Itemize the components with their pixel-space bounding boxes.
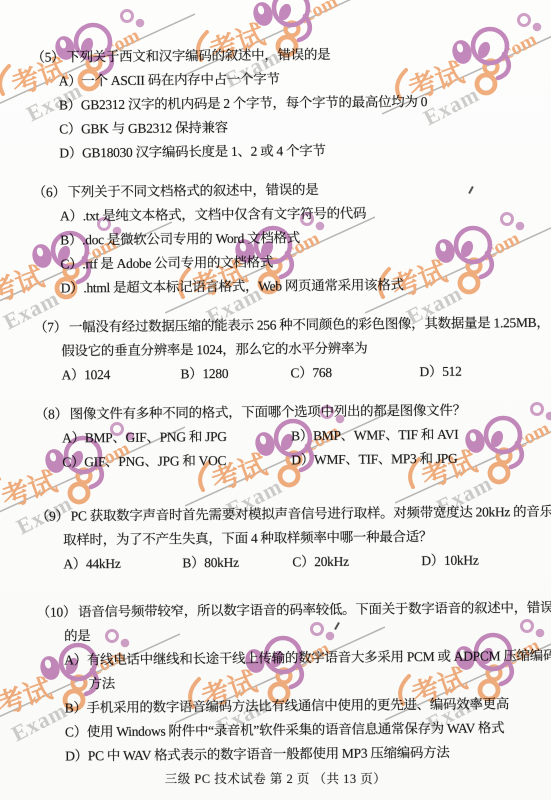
option-text: 1024 [84, 367, 110, 382]
question: （6）下列关于不同文档格式的叙述中，错误的是A）.txt 是纯文本格式，文档中仅… [33, 176, 551, 301]
option-group: A）一个 ASCII 码在内存中占一个字节B）GB2312 汉字的机内码是 2 … [59, 65, 550, 166]
option-group: A）.txt 是纯文本格式，文档中仅含有文字符号的代码B）.doc 是微软公司专… [60, 200, 551, 301]
option-label: A） [60, 208, 83, 223]
option-text: 44kHz [86, 556, 121, 571]
option-text: .doc 是微软公司专用的 Word 文档格式 [82, 230, 300, 247]
question-number: （5） [31, 49, 64, 64]
option-text: 80kHz [204, 555, 239, 570]
option-label: D） [421, 553, 444, 568]
option: A）44kHz [63, 551, 182, 576]
option: B）BMP、WMF、TIF 和 AVI [291, 422, 551, 449]
option-label: B） [60, 232, 82, 247]
option-text: GBK 与 GB2312 保持兼容 [81, 120, 228, 136]
option: A）有线电话中继线和长途干线上传输的数字语音大多采用 PCM 或 ADPCM 压… [64, 644, 551, 673]
option-label: A） [63, 556, 86, 571]
option-text: 512 [442, 364, 462, 379]
option-text: 有线电话中继线和长途干线上传输的数字语音大多采用 PCM 或 ADPCM 压缩编… [87, 648, 551, 668]
exam-page-content: （5）下列关于西文和汉字编码的叙述中，错误的是A）一个 ASCII 码在内存中占… [0, 0, 551, 800]
option-label: A） [61, 367, 84, 382]
page-footer: 三级 PC 技术试卷 第 2 页 （共 13 页） [0, 769, 551, 787]
question: （7）一幅没有经过数据压缩的能表示 256 种不同颜色的彩色图像，其数据量是 1… [34, 311, 551, 388]
option-label: A） [62, 430, 85, 445]
option-text: 1280 [202, 366, 228, 381]
option: A）BMP、GIF、PNG 和 JPG [62, 424, 291, 450]
option-group: A）有线电话中继线和长途干线上传输的数字语音大多采用 PCM 或 ADPCM 压… [64, 644, 551, 769]
option-label: B） [291, 428, 313, 443]
option-label: A） [64, 652, 87, 667]
option-group: A）1024B）1280C）768D）512 [61, 359, 551, 388]
question-list: （5）下列关于西文和汉字编码的叙述中，错误的是A）一个 ASCII 码在内存中占… [31, 41, 551, 769]
question-stem: 语音信号频带较窄，所以数字语音的码率较低。下面关于数字语音的叙述中，错误 [78, 600, 551, 620]
option-label: D） [65, 748, 88, 763]
option-text: GB18030 汉字编码长度是 1、2 或 4 个字节 [82, 143, 326, 160]
option-text: PC 中 WAV 格式表示的数字语音一般都使用 MP3 压缩编码方法 [88, 745, 450, 763]
option: A）1024 [61, 362, 180, 387]
option-label: B） [180, 366, 202, 381]
option: C）使用 Windows 附件中“录音机”软件采集的语音信息通常保存为 WAV … [65, 716, 551, 745]
option: C）20kHz [292, 549, 421, 574]
option: D）512 [419, 360, 461, 384]
option-text: 768 [312, 365, 332, 380]
option-label: C） [60, 256, 82, 271]
question-stem: 图像文件有多种不同的格式，下面哪个选项中列出的都是图像文件？ [70, 403, 466, 422]
question-stem: 下列关于不同文档格式的叙述中，错误的是 [68, 182, 319, 199]
option-text: BMP、GIF、PNG 和 JPG [85, 429, 227, 445]
option-label: D） [419, 364, 442, 379]
option-label: B） [182, 555, 204, 570]
option-group: A）BMP、GIF、PNG 和 JPGB）BMP、WMF、TIF 和 AVIC）… [62, 422, 551, 475]
question-stem: 下列关于西文和汉字编码的叙述中，错误的是 [66, 47, 330, 65]
option-label: C） [290, 365, 312, 380]
option-label: C） [65, 724, 87, 739]
question-number: （9） [36, 508, 69, 523]
option-label: B） [59, 97, 81, 112]
option-text: GIF、PNG、JPG 和 VOC [84, 453, 226, 469]
option-label: D） [61, 280, 84, 295]
option-text: .txt 是纯文本格式，文档中仅含有文字符号的代码 [83, 206, 367, 224]
option-label: D） [59, 145, 82, 160]
question-stem: 一幅没有经过数据压缩的能表示 256 种不同颜色的彩色图像，其数据量是 1.25… [69, 315, 550, 335]
option: C）GIF、PNG、JPG 和 VOC [62, 448, 291, 474]
option-text: 一个 ASCII 码在内存中占一个字节 [81, 71, 279, 88]
option-text: WMF、TIF、MP3 和 JPG [314, 451, 458, 467]
option: C）768 [290, 360, 419, 385]
option-text: 20kHz [314, 554, 349, 569]
option: D）PC 中 WAV 格式表示的数字语音一般都使用 MP3 压缩编码方法 [65, 740, 551, 769]
option: D）GB18030 汉字编码长度是 1、2 或 4 个字节 [59, 137, 549, 166]
question: （5）下列关于西文和汉字编码的叙述中，错误的是A）一个 ASCII 码在内存中占… [31, 41, 549, 166]
question-number: （8） [35, 406, 68, 421]
option-label: B） [65, 700, 87, 715]
option-text: GB2312 汉字的机内码是 2 个字节，每个字节的最高位均为 0 [81, 94, 427, 112]
option: B）1280 [180, 361, 290, 386]
option-label: D） [291, 452, 314, 467]
option: D）WMF、TIF、MP3 和 JPG [291, 446, 551, 473]
question: （9）PC 获取数字声音时首先需要对模拟声音信号进行取样。对频带宽度达 20kH… [36, 500, 551, 577]
option-text: 手机采用的数字语音编码方法比有线通信中使用的更先进、编码效率更高 [87, 696, 510, 715]
question: （8）图像文件有多种不同的格式，下面哪个选项中列出的都是图像文件？A）BMP、G… [35, 398, 551, 475]
option-group: A）44kHzB）80kHzC）20kHzD）10kHz [63, 548, 551, 577]
option-label: C） [59, 121, 81, 136]
option-text: .rtf 是 Adobe 公司专用的文档格式 [82, 254, 273, 271]
option-label: A） [59, 73, 82, 88]
question-number: （10） [37, 604, 76, 619]
option-label: C） [62, 454, 84, 469]
question-number: （7） [34, 319, 67, 334]
option: D）10kHz [421, 549, 478, 574]
option-text: 使用 Windows 附件中“录音机”软件采集的语音信息通常保存为 WAV 格式 [87, 720, 505, 739]
option-text: 10kHz [444, 553, 479, 568]
question: （10）语音信号频带较窄，所以数字语音的码率较低。下面关于数字语音的叙述中，错误… [37, 596, 551, 769]
option-text: BMP、WMF、TIF 和 AVI [313, 427, 459, 443]
option-label: C） [292, 554, 314, 569]
question-number: （6） [33, 184, 66, 199]
option: D）.html 是超文本标记语言格式，Web 网页通常采用该格式 [61, 272, 551, 301]
option: B）80kHz [182, 550, 292, 575]
question-stem: PC 获取数字声音时首先需要对模拟声音信号进行取样。对频带宽度达 20kHz 的… [71, 504, 551, 524]
option-text: .html 是超文本标记语言格式，Web 网页通常采用该格式 [83, 277, 403, 295]
